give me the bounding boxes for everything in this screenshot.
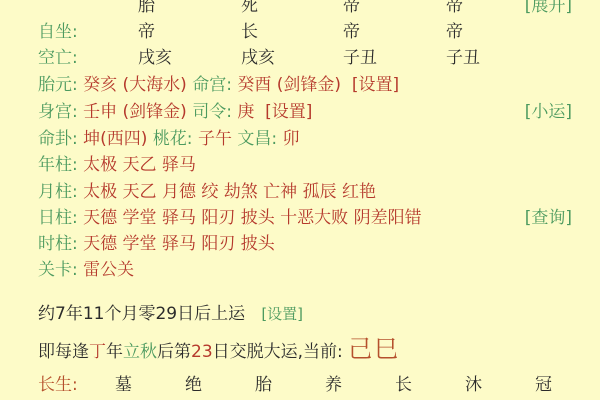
qiyun-settings-link[interactable]: [设置] [261,305,303,323]
wenchang-value: 卯 [283,129,300,149]
kongwang-day: 子丑 [343,46,377,70]
hour-pillar-label: 时柱: [38,234,78,254]
current-dayun: 己巳 [348,335,400,363]
changsheng-2: 绝 [185,373,202,397]
jiaoyun-jieqi: 立秋 [123,342,157,362]
shensha-hour-row: 时柱: 天德 学堂 驿马 阳刃 披头 [0,232,600,256]
kongwang-hour: 子丑 [446,46,480,70]
taohua-value: 子午 [198,129,232,149]
day-pillar-label: 日柱: [38,208,78,228]
jiaoyun-text-1: 即每逢 [38,342,89,362]
changsheng-4: 养 [325,373,342,397]
shengong-label: 身宫: [38,102,78,122]
changsheng-1: 墓 [115,373,132,397]
guanka-row: 关卡: 雷公关 [0,258,600,282]
month-pillar-label: 月柱: [38,182,78,202]
siling-settings-link[interactable]: [设置] [265,102,312,122]
dishi-row: 胎 死 帝 帝 [展开] [0,0,600,18]
minggong-label: 命宫: [192,75,232,95]
dishi-day: 帝 [343,0,360,18]
kongwang-month: 戌亥 [241,46,275,70]
month-pillar-shensha: 太极 天乙 月德 绞 劫煞 亡神 孤辰 红艳 [83,182,376,202]
taohua-label: 桃花: [153,129,193,149]
zizuo-day: 帝 [343,20,360,44]
jiaoyun-row: 即每逢丁年立秋后第23日交脱大运,当前: 己巳 [0,334,600,364]
changsheng-row: 长生: 墓 绝 胎 养 长 沐 冠 [0,373,600,397]
hour-pillar-shensha: 天德 学堂 驿马 阳刃 披头 [83,234,275,254]
xiaoyun-link[interactable]: [小运] [525,100,572,124]
changsheng-3: 胎 [255,373,272,397]
siling-value: 庚 [237,102,254,122]
shensha-year-row: 年柱: 太极 天乙 驿马 [0,153,600,177]
jiaoyun-text-4: 日交脱大运,当前: [213,342,343,362]
taiyuan-row: 胎元: 癸亥 (大海水) 命宫: 癸酉 (剑锋金) [设置] [0,73,600,97]
kongwang-year: 戌亥 [138,46,172,70]
zizuo-label: 自坐: [38,20,78,44]
dishi-hour: 帝 [446,0,463,18]
year-pillar-shensha: 太极 天乙 驿马 [83,155,196,175]
day-pillar-shensha: 天德 学堂 驿马 阳刃 披头 十恶大败 阴差阳错 [83,208,421,228]
guanka-value: 雷公关 [83,260,134,280]
shensha-month-row: 月柱: 太极 天乙 月德 绞 劫煞 亡神 孤辰 红艳 [0,180,600,204]
shengong-row: 身宫: 壬申 (剑锋金) 司令: 庚 [设置] [小运] [0,100,600,124]
changsheng-6: 沐 [465,373,482,397]
minggong-value: 癸酉 (剑锋金) [237,75,341,95]
jiaoyun-text-2: 年 [106,342,123,362]
zizuo-month: 长 [241,20,258,44]
minggong-settings-link[interactable]: [设置] [352,75,399,95]
changsheng-5: 长 [395,373,412,397]
wenchang-label: 文昌: [237,129,277,149]
qiyun-text: 约7年11个月零29日后上运 [38,304,245,324]
zizuo-row: 自坐: 帝 长 帝 帝 [0,20,600,44]
dishi-month: 死 [241,0,258,18]
siling-label: 司令: [192,102,232,122]
changsheng-7: 冠 [535,373,552,397]
shensha-day-row: 日柱: 天德 学堂 驿马 阳刃 披头 十恶大败 阴差阳错 [查询] [0,206,600,230]
minggua-label: 命卦: [38,129,78,149]
shengong-value: 壬申 (剑锋金) [83,102,187,122]
kongwang-label: 空亡: [38,46,78,70]
zizuo-hour: 帝 [446,20,463,44]
changsheng-label: 长生: [38,373,78,397]
dishi-year: 胎 [138,0,155,18]
query-link[interactable]: [查询] [525,206,572,230]
jiaoyun-day: 23 [191,342,213,362]
taiyuan-label: 胎元: [38,75,78,95]
guanka-label: 关卡: [38,260,78,280]
jiaoyun-text-3: 后第 [157,342,191,362]
zizuo-year: 帝 [138,20,155,44]
minggua-row: 命卦: 坤(西四) 桃花: 子午 文昌: 卯 [0,127,600,151]
minggua-value: 坤(西四) [83,129,147,149]
jiaoyun-gan: 丁 [89,342,106,362]
qiyun-row: 约7年11个月零29日后上运 [设置] [0,302,600,326]
taiyuan-value: 癸亥 (大海水) [83,75,187,95]
kongwang-row: 空亡: 戌亥 戌亥 子丑 子丑 [0,46,600,70]
year-pillar-label: 年柱: [38,155,78,175]
expand-link[interactable]: [展开] [525,0,572,18]
